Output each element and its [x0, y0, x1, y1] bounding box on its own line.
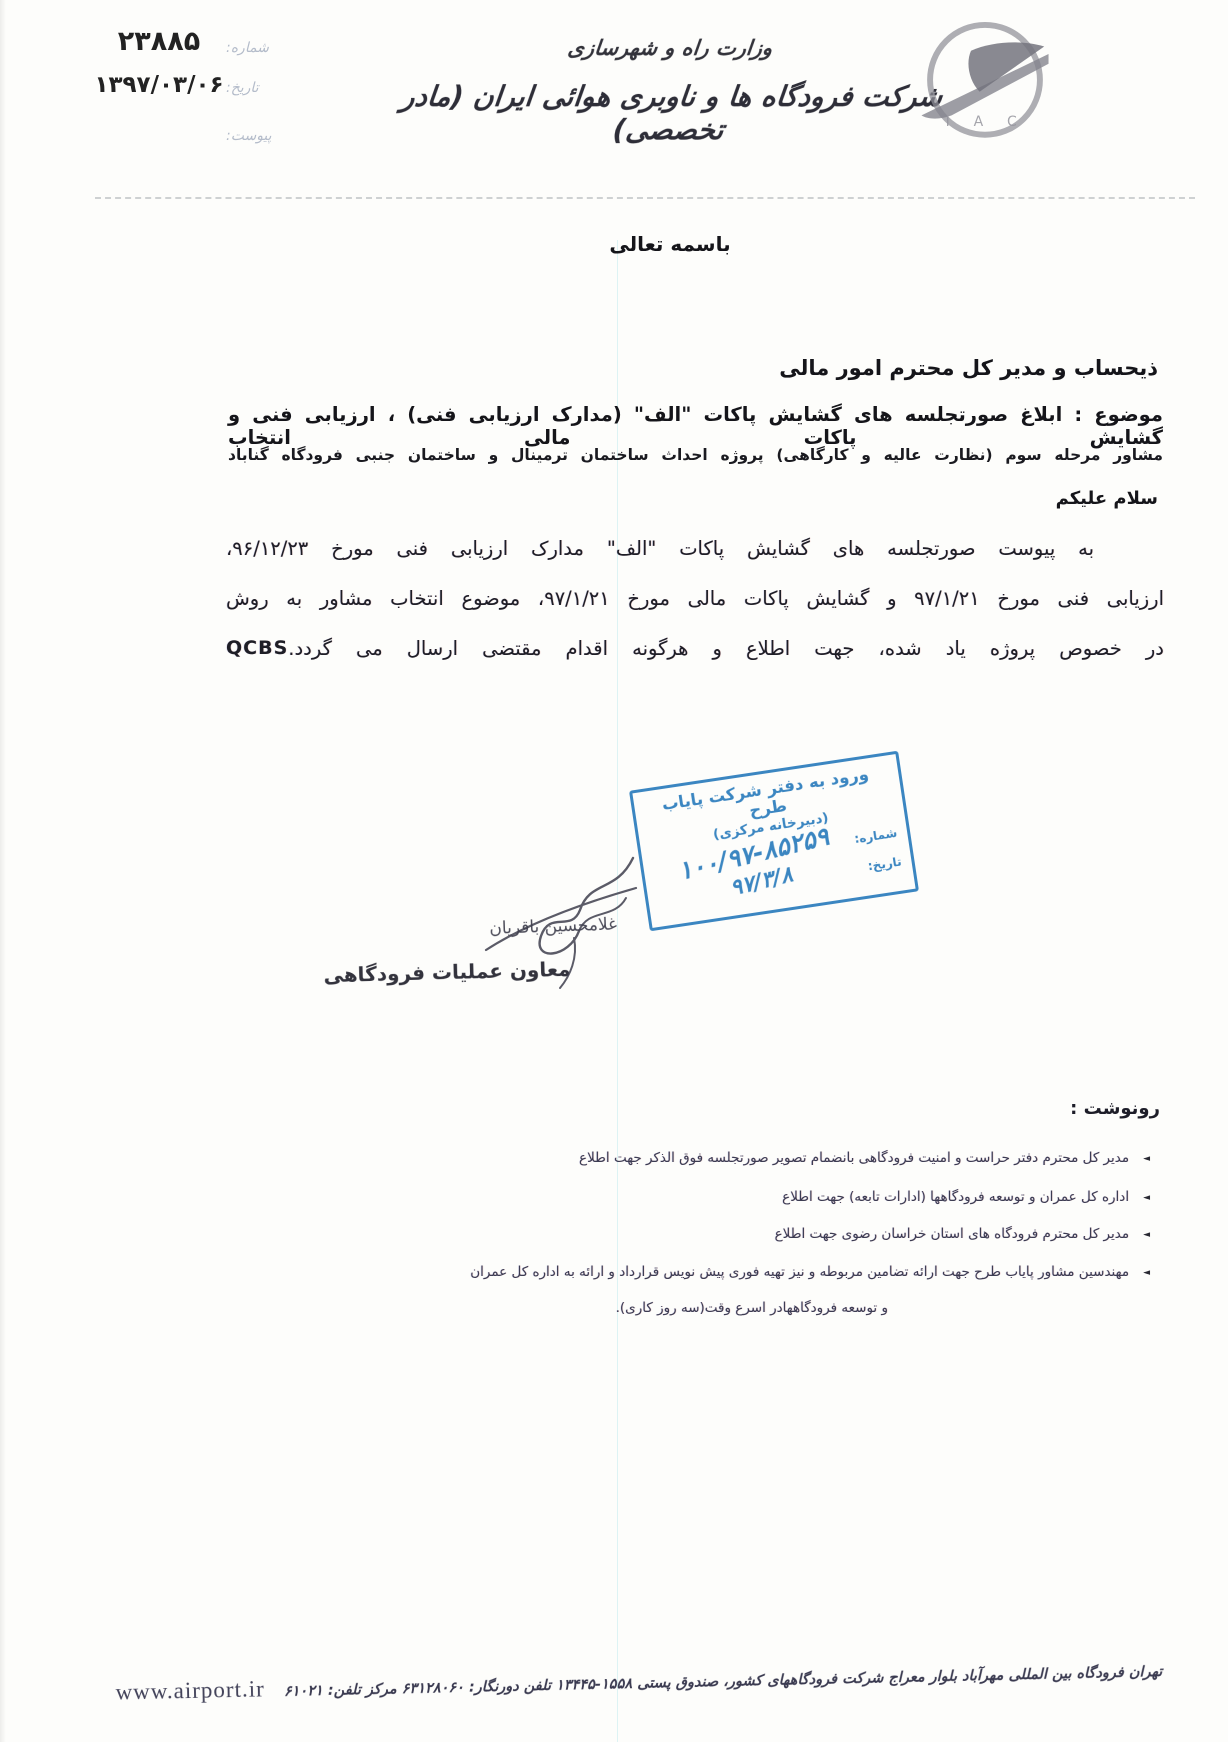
footer-address-text: تهران فرودگاه بین المللی مهرآباد بلوار م…: [284, 1664, 1163, 1700]
cc-item-text: مدیر کل محترم فرودگاه های استان خراسان ر…: [775, 1226, 1129, 1242]
logo-letters: I A C: [946, 114, 1027, 130]
footer-address-line: تهران فرودگاه بین المللی مهرآباد بلوار م…: [102, 1656, 1176, 1706]
cc-item-3: ◄ مدیر کل محترم فرودگاه های استان خراسان…: [230, 1226, 1150, 1242]
attachment-label: پیوست:: [226, 128, 272, 144]
cc-item-2: ◄ اداره کل عمران و توسعه فرودگاهها (ادار…: [230, 1189, 1150, 1205]
cc-item-text: مدیر کل محترم دفتر حراست و امنیت فرودگاه…: [579, 1150, 1129, 1166]
ministry-name: وزارت راه و شهرسازی: [459, 36, 882, 60]
signature-stroke: [560, 898, 626, 988]
cc-item-4-continuation: و توسعه فرودگاههادر اسرع وقت(سه روز کاری…: [468, 1300, 888, 1316]
arrow-bullet-icon: ◄: [1143, 1154, 1150, 1164]
arrow-bullet-icon: ◄: [1143, 1230, 1150, 1240]
cc-heading: رونوشت :: [225, 1098, 1160, 1119]
subject-line-2: مشاور مرحله سوم (نظارت عالیه و کارگاهی) …: [228, 446, 1163, 464]
cc-item-1: ◄ مدیر کل محترم دفتر حراست و امنیت فرودگ…: [230, 1150, 1150, 1166]
number-label: شماره:: [226, 40, 269, 56]
cc-item-4: ◄ مهندسین مشاور پایاب طرح جهت ارائه تضام…: [230, 1264, 1150, 1280]
footer-website: www.airport.ir: [115, 1676, 265, 1705]
arrow-bullet-icon: ◄: [1143, 1193, 1150, 1203]
stamp-number-label: شماره:: [853, 825, 898, 845]
basmala-heading: باسمه تعالی: [555, 232, 785, 256]
date-label: تاریخ:: [226, 80, 259, 96]
body-paragraph-line-1: به پیوست صورتجلسه های گشایش پاکات "الف" …: [226, 537, 1164, 560]
addressee-line: ذیحساب و مدیر کل محترم امور مالی: [225, 356, 1158, 380]
letter-ref-number: ۲۳۸۸۵: [98, 26, 220, 57]
company-name: شرکت فرودگاه ها و ناوبری هوائی ایران (ما…: [387, 80, 954, 146]
handwritten-signature: [428, 838, 663, 1003]
body-line-3-text: در خصوص پروژه یاد شده، جهت اطلاع و هرگون…: [288, 637, 1164, 660]
body-paragraph-line-2: ارزیابی فنی مورخ ۹۷/۱/۲۱ و گشایش پاکات م…: [226, 587, 1164, 610]
qcbs-method-text: QCBS: [226, 637, 288, 659]
stamp-date-label: تاریخ:: [867, 854, 903, 873]
arrow-bullet-icon: ◄: [1143, 1268, 1150, 1278]
letter-date: ۱۳۹۷/۰۳/۰۶: [90, 72, 228, 98]
scan-edge-artifact: [0, 0, 6, 1742]
scanned-letter-page: ۲۳۸۸۵ ۱۳۹۷/۰۳/۰۶ شماره: تاریخ: پیوست: وز…: [0, 0, 1228, 1742]
salutation: سلام علیکم: [225, 488, 1158, 509]
iac-airports-logo: I A C: [905, 12, 1065, 152]
company-entry-stamp: ورود به دفتر شرکت پایاب طرح (دبیرخانه مر…: [629, 751, 919, 932]
body-paragraph-line-3: QCBS در خصوص پروژه یاد شده، جهت اطلاع و …: [226, 637, 1164, 660]
cc-item-text: اداره کل عمران و توسعه فرودگاهها (ادارات…: [782, 1189, 1129, 1205]
signature-stroke: [486, 888, 636, 950]
header-divider: [95, 197, 1195, 199]
cc-item-text: مهندسین مشاور پایاب طرح جهت ارائه تضامین…: [470, 1264, 1129, 1280]
subject-line-1: موضوع : ابلاغ صورتجلسه های گشایش پاکات "…: [228, 403, 1163, 449]
